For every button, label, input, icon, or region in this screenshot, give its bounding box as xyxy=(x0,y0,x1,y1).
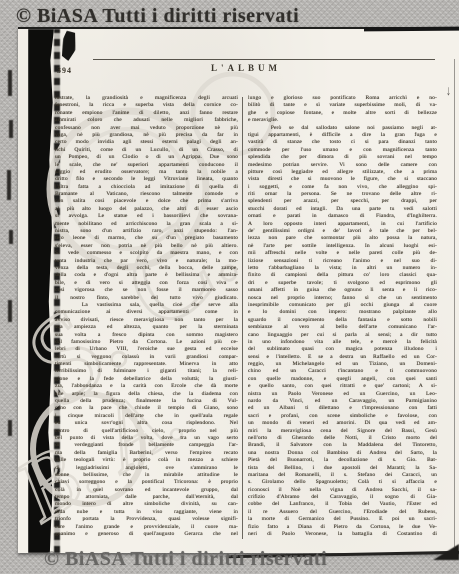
text-line: stucchi dorati ed intagli. Da una parte … xyxy=(248,206,437,213)
text-line: tico leone di marmo, che su d'un pregiat… xyxy=(55,235,238,242)
watermark-top: © BiASA Tutti i diritti riservati xyxy=(16,5,299,28)
text-line: ghe e copiose fontane, e molte altre sor… xyxy=(248,110,437,117)
text-line: la morte di Germanico del Pussino. E poi… xyxy=(248,516,437,523)
column-divider xyxy=(242,97,243,539)
text-line: al più alto luogo del palazzo, che altri… xyxy=(55,206,238,213)
column-left: lustrate, la grandiosità e magnificenza … xyxy=(55,95,238,545)
text-line: nistra, sono d'un artifizio raro, anzi s… xyxy=(55,228,238,235)
text-line: nosca nel proprio interno; fanno sì che … xyxy=(248,295,437,302)
text-line: tigui appartamenti, è difficile a dire l… xyxy=(248,132,437,139)
text-line: della coda e d'ogni altra parte è bellis… xyxy=(55,272,238,279)
text-line: miri la meravigliosa cena del Signore de… xyxy=(248,428,437,435)
text-line: bile, e di vero si atteggia con forza co… xyxy=(55,280,238,287)
text-line: Però se dal sallodato salone noi passiam… xyxy=(248,125,437,132)
text-line: gnanimo e generoso di quell'augusto Gera… xyxy=(55,531,238,538)
journal-title: L'ALBUM xyxy=(55,63,437,73)
text-line: lebri di Urbano VIII, l'eroiche sue gest… xyxy=(55,346,238,353)
scan-speck xyxy=(8,420,12,436)
text-line: ed unica sovr'ogni altra cosa risplendon… xyxy=(55,420,238,427)
text-line: tempo attorniata, dalle parche, dall'ete… xyxy=(55,494,238,501)
text-line: Pietà del Buonarroti, la decollazione di… xyxy=(248,457,437,464)
text-line: un mondo di veneri ed amorini. Di qua ve… xyxy=(248,420,437,427)
text-line: sensi e l'intelletto. E se a destra un R… xyxy=(248,354,437,361)
page-header: 394 L'ALBUM xyxy=(55,63,437,77)
text-line: donne bellissime, che in mirabile attitu… xyxy=(55,472,238,479)
scan-top-edge xyxy=(364,27,459,32)
text-line: una nostra Donna col Bambino di Andrea d… xyxy=(248,450,437,457)
text-line: splendida che per dimora di più sovrani … xyxy=(248,154,437,161)
text-line: timenti simbolicamente rappresentate. Mi… xyxy=(55,361,238,368)
text-line: dri e superbe tavole; ti svolgono ed esp… xyxy=(248,280,437,287)
text-line: il nostro finto, sarebbe del tutto vivo … xyxy=(55,295,238,302)
text-line: virtù si veggono colassù in varii grandi… xyxy=(55,354,238,361)
scanned-page: S. C. B. A. 394 L'ALBUM lustrate, la gra… xyxy=(18,27,459,553)
text-line: alle arpie; la figura della chiesa, che … xyxy=(55,391,238,398)
scan-speck xyxy=(8,300,12,322)
text-line: vista diresti che si muovono le figure, … xyxy=(248,176,437,183)
text-line: in uno infondono vita alle tele, e mercè… xyxy=(248,339,437,346)
text-line: umani affetti in guisa che ognuno li sen… xyxy=(248,287,437,294)
text-line: il re Assuero del Guercino, l'Erodiade d… xyxy=(248,509,437,516)
text-line: nardo da Vinci, ed un Caravaggio, un Par… xyxy=(248,398,437,405)
text-line: bel punto di vista della volta, dove tra… xyxy=(55,435,238,442)
text-line: lustrate, la grandiosità e magnificenza … xyxy=(55,95,238,102)
text-line: del sublimato quasi con magica potenza i… xyxy=(248,346,437,353)
header-rule xyxy=(93,59,435,60)
text-line: comunicazione ai diversi appartamenti co… xyxy=(55,309,238,316)
text-line: sua volta a fresco dipinta con sommo mag… xyxy=(55,332,238,339)
scan-speck xyxy=(7,170,11,200)
text-line: finito di campioni della pittura co' lor… xyxy=(248,272,437,279)
text-line: avviso divisati, riesce meravigliosa non… xyxy=(55,317,238,324)
text-line: sembianze al vero al bello dell'arte com… xyxy=(248,324,437,331)
text-line: ed un Albani ti dilettano e t'impression… xyxy=(248,405,437,412)
text-line: terribilissimo di fulminare i giganti ti… xyxy=(55,368,238,375)
scan-gutter-shadow xyxy=(28,29,54,553)
text-line: pitture così leggiadre ed allegre stiliz… xyxy=(248,169,437,176)
text-line: dal famosissimo Pietro da Cortona. Le az… xyxy=(55,339,238,346)
text-line: lezza non pare che sormontar più alto po… xyxy=(248,235,437,242)
text-line: neri di Paolo Veronese, la battaglia di … xyxy=(248,531,437,538)
text-line: si avvolga. Le statue ed i bassorilievi … xyxy=(55,213,238,220)
text-line: La vastissima sala, quella cioè che serv… xyxy=(55,302,238,309)
text-line: riti ornar la persona. Se ne trovano del… xyxy=(248,191,437,198)
text-line: così vigorosa che se non fosse il marmor… xyxy=(55,287,238,294)
text-line: le scale, che ne' superiori appartamenti… xyxy=(55,162,238,169)
text-line: centro di quell'artificioso cielo, propr… xyxy=(55,428,238,435)
text-line: cano con la pace che chiude il tempio di… xyxy=(55,405,238,412)
text-line: trionfo portata la Provvidenza, quasi vo… xyxy=(55,516,238,523)
text-line: cobbe del Lanfranco, il Tobia del Vautio… xyxy=(248,501,437,508)
text-line: fizio fatto a Diana di Pietro da Cortona… xyxy=(248,524,437,531)
text-line: riconosci il Noè nella vigna di Andrea S… xyxy=(248,487,437,494)
text-line: tanta industria che par vero, vivo e nat… xyxy=(55,258,238,265)
text-line: maritana del Romanelli, il s. Stefano de… xyxy=(248,472,437,479)
text-line: mondo intero di altre simboliche divinit… xyxy=(55,501,238,508)
text-line: sacri e profani, con scene simboliche e … xyxy=(248,413,437,420)
text-line: vaga, nè più grandiosa, nè più precisa d… xyxy=(55,132,238,139)
text-line: s'eleva, esser non potria nè più bello n… xyxy=(55,243,238,250)
text-line: certo modo invidia agli stessi esterni p… xyxy=(55,139,238,146)
text-line: zia, l'abbondanza e la carità con Ercole… xyxy=(55,383,238,390)
text-columns: lustrate, la grandiosità e magnificenza … xyxy=(55,95,437,545)
scan-speck xyxy=(9,120,13,138)
text-line: quella della prudenza; finalmente la fuc… xyxy=(55,398,238,405)
text-line: vastità di stanze che tosto ci si para d… xyxy=(248,139,437,146)
text-line: commode per l'uso umano e con magnificen… xyxy=(248,147,437,154)
text-line: Brandi, il Salvatore con la Maddalena de… xyxy=(248,442,437,449)
scan-speck xyxy=(8,70,12,96)
text-line: colà in quel sovrano ed incantevole grup… xyxy=(55,487,238,494)
text-line: chiavi sorreggono e la pontifical Tricor… xyxy=(55,479,238,486)
text-line: tista del Bellino, i due apostoli del Ma… xyxy=(248,465,437,472)
text-line: un Pompeo, di un Clodio o di un Agrippa.… xyxy=(55,154,238,161)
text-line: di leggiadrissimi angioletti, ove s'ammi… xyxy=(55,465,238,472)
text-line: e lo domini con impero: mostrano palpita… xyxy=(248,309,437,316)
text-line: nè l'arte per sottile intelligenza. In a… xyxy=(248,243,437,250)
text-line: crifizio d'Abramo del Caravaggio, il sog… xyxy=(248,494,437,501)
text-line: di verdeggianti fronde bellamente campeg… xyxy=(55,442,238,449)
text-line: sua ampiezza ed altezza, quanto per la s… xyxy=(55,324,238,331)
text-line: ammirati coloro che adusati nelle miglio… xyxy=(55,117,238,124)
text-line: reggio, un Michelangelo ed un Tiziano, u… xyxy=(248,361,437,368)
text-line: lungo e glorioso suo pontificato Roma ar… xyxy=(248,95,437,102)
text-line: dida nube e tutta in viso raggiante, vie… xyxy=(55,509,238,516)
text-line: letto t'abbarbagliano la vista; in altri… xyxy=(248,265,437,272)
text-line: sguardo il concepimento della fantasia e… xyxy=(248,317,437,324)
column-right: lungo e glorioso suo pontificato Roma ar… xyxy=(248,95,437,545)
text-line: ronante empiono l'anime di diletto, anzi… xyxy=(55,110,238,117)
text-line: bilitò di tante e sì variate superbissim… xyxy=(248,102,437,109)
page-corner-curl xyxy=(433,544,459,560)
text-line: e meraviglie. xyxy=(248,117,437,124)
scan-right-edge xyxy=(454,59,455,547)
text-line: care l'animo grande e provvidenziale, il… xyxy=(55,524,238,531)
text-line: gione e la fede debellatrice della volut… xyxy=(55,376,238,383)
text-line: saggio ed erudito osservatore; ma tanto … xyxy=(55,169,238,176)
text-line: s. Girolamo dello Spagnuoletto; Colà ti … xyxy=(248,479,437,486)
watermark-bottom: © BiASA Tutti i diritti riservati xyxy=(44,548,327,571)
scanned-document-view: © BiASA Tutti i diritti riservati S. C. … xyxy=(0,0,459,574)
text-line: con quelle madonne, e quegli angeli, con… xyxy=(248,376,437,383)
text-line: medesimo potrian servire. Vi sono delle … xyxy=(248,162,437,169)
text-line: nell'orto di Gherardo delle Notti, il Cr… xyxy=(248,435,437,442)
margin-arrow-mark: ↓ xyxy=(446,84,451,99)
scan-speck xyxy=(9,230,13,244)
text-line: e quello santo, con quei ritratti e que'… xyxy=(248,383,437,390)
text-line: dalle teologali virtù: è proprio colà in… xyxy=(55,457,238,464)
page-content: 394 L'ALBUM lustrate, la grandiosità e m… xyxy=(55,51,437,545)
text-line: dritto filo e secondo le leggi Vitruvian… xyxy=(55,176,238,183)
text-line: de' gentilissimi ordigni e de' lavori è … xyxy=(248,228,437,235)
text-line: confessano non aver mai veduto proporzio… xyxy=(55,125,238,132)
text-line: fenestroni, la ricca e superba vista del… xyxy=(55,102,238,109)
text-line: Si vede commesso e scolpito da maestra m… xyxy=(55,250,238,257)
text-line: mii affreschi nelle volte e nelle pareti… xyxy=(248,250,437,257)
text-line: cano linguaggio per cui si parla ai sens… xyxy=(248,332,437,339)
text-line: chino ed un Caracci t'incantano e ti com… xyxy=(248,368,437,375)
text-line: i soggetti, e come fa non vivo, che alle… xyxy=(248,184,437,191)
text-line: Bramante al Vaticano, riescono talmente … xyxy=(55,191,238,198)
text-line: A loro opposto interi appartamenti, in c… xyxy=(248,221,437,228)
text-line: liziose sensazioni ti ricreano l'animo e… xyxy=(248,258,437,265)
text-line: nistra un Paolo Veronese ed un Guercino,… xyxy=(248,391,437,398)
text-line: con salita così piacevole e dolce che pr… xyxy=(55,198,238,205)
text-line: splendenti per arazzi, per specchi, per … xyxy=(248,198,437,205)
text-line: mente nobilitano ed arricchiscono la gra… xyxy=(55,221,238,228)
text-line: i cinque miracoli dell'arte che in quell… xyxy=(55,413,238,420)
text-line: ma della famiglia Barberini, verso l'emp… xyxy=(55,450,238,457)
text-line: venza della testa, degli occhi, della bo… xyxy=(55,265,238,272)
text-line: ornati e parati in damasco di Fiandra, d… xyxy=(248,213,437,220)
text-line: l'altra fatta a chiocciola ad imitazione… xyxy=(55,184,238,191)
text-line: tichi Quiriti, come di un Lucullo, di un… xyxy=(55,147,238,154)
text-line: inesprimibile comunicato per gli occhi g… xyxy=(248,302,437,309)
